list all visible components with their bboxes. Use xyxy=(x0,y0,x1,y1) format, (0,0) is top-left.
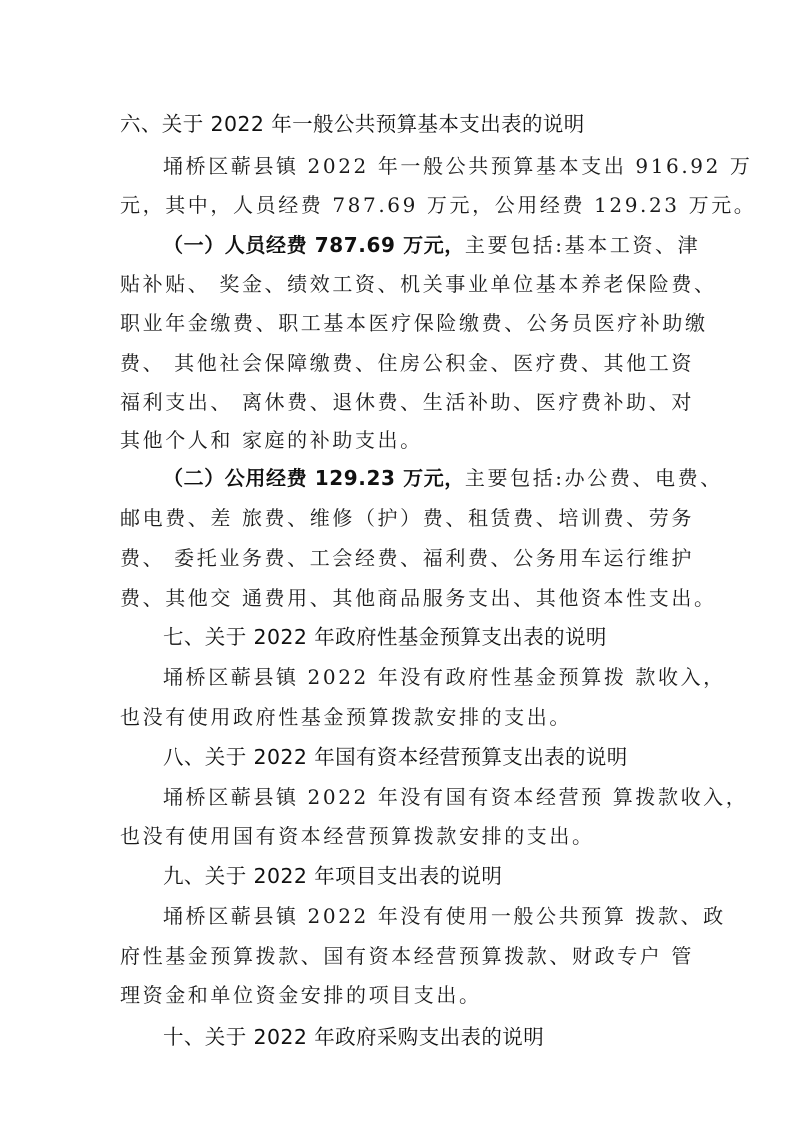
subsection-personnel-text: 主要包括:基本工资、津 xyxy=(465,233,700,257)
subsection-public-line: 费、 委托业务费、工会经费、福利费、公务用车运行维护 xyxy=(120,545,680,571)
section-7-line: 埇桥区蕲县镇 2022 年没有政府性基金预算拨 款收入， xyxy=(163,664,723,690)
section-9-line: 理资金和单位资金安排的项目支出。 xyxy=(120,982,680,1008)
subsection-public-line: 费、其他交 通费用、其他商品服务支出、其他资本性支出。 xyxy=(120,585,680,611)
subsection-personnel-line: 贴补贴、 奖金、绩效工资、机关事业单位基本养老保险费、 xyxy=(120,271,680,297)
document-page: 六、关于 2022 年一般公共预算基本支出表的说明 埇桥区蕲县镇 2022 年一… xyxy=(0,0,793,1122)
section-9-heading: 九、关于 2022 年项目支出表的说明 xyxy=(163,863,723,889)
subsection-personnel-first-line: （一）人员经费 787.69 万元，主要包括:基本工资、津 xyxy=(163,232,723,258)
section-8-line: 也没有使用国有资本经营预算拨款安排的支出。 xyxy=(120,823,680,849)
section-7-heading: 七、关于 2022 年政府性基金预算支出表的说明 xyxy=(163,624,723,650)
section-8-line: 埇桥区蕲县镇 2022 年没有国有资本经营预 算拨款收入， xyxy=(163,784,723,810)
subsection-public-text: 主要包括:办公费、电费、 xyxy=(465,466,723,490)
section-8-heading: 八、关于 2022 年国有资本经营预算支出表的说明 xyxy=(163,744,723,770)
section-6-para-line-2: 元，其中，人员经费 787.69 万元，公用经费 129.23 万元。 xyxy=(120,192,680,218)
subsection-personnel-line: 其他个人和 家庭的补助支出。 xyxy=(120,427,680,453)
subsection-public-label: （二）公用经费 129.23 万元， xyxy=(163,466,465,490)
subsection-personnel-line: 福利支出、 离休费、退休费、生活补助、医疗费补助、对 xyxy=(120,389,680,415)
section-9-line: 埇桥区蕲县镇 2022 年没有使用一般公共预算 拨款、政 xyxy=(163,903,723,929)
section-6-heading: 六、关于 2022 年一般公共预算基本支出表的说明 xyxy=(120,111,680,137)
section-9-line: 府性基金预算拨款、国有资本经营预算拨款、财政专户 管 xyxy=(120,943,680,969)
subsection-personnel-label: （一）人员经费 787.69 万元， xyxy=(163,233,465,257)
section-7-line: 也没有使用政府性基金预算拨款安排的支出。 xyxy=(120,704,680,730)
section-10-heading: 十、关于 2022 年政府采购支出表的说明 xyxy=(163,1024,723,1050)
subsection-personnel-line: 费、 其他社会保障缴费、住房公积金、医疗费、其他工资 xyxy=(120,350,680,376)
subsection-public-first-line: （二）公用经费 129.23 万元，主要包括:办公费、电费、 xyxy=(163,465,723,491)
section-6-para-line-1: 埇桥区蕲县镇 2022 年一般公共预算基本支出 916.92 万 xyxy=(163,153,723,179)
subsection-personnel-line: 职业年金缴费、职工基本医疗保险缴费、公务员医疗补助缴 xyxy=(120,310,680,336)
subsection-public-line: 邮电费、差 旅费、维修（护）费、租赁费、培训费、劳务 xyxy=(120,505,680,531)
